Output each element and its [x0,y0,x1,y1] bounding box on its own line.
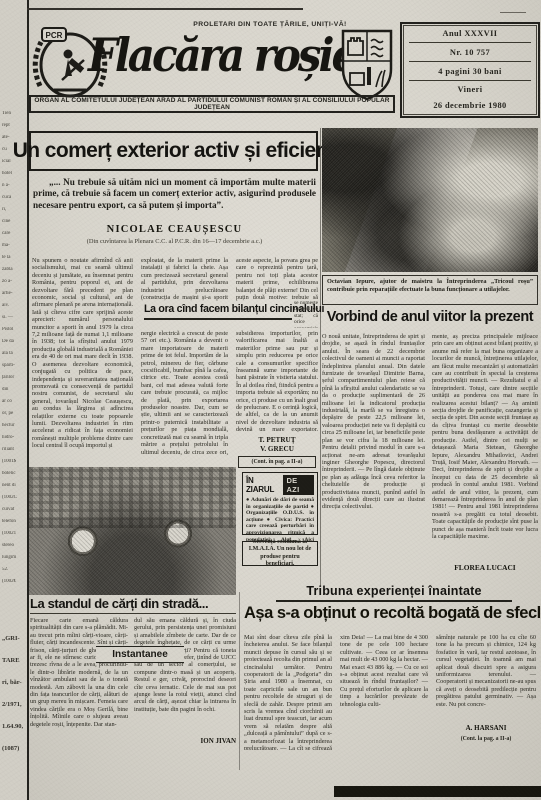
lead-signatures: T. PETRUȚ V. GRECU [236,436,318,454]
lead-column-1: Nu spunem o noutate afirmînd că anii soc… [32,257,133,457]
lead-column-3-side: se numește bugetul de stat; că orice eco… [294,300,318,328]
lead-column-2-top: exploatat, de la materii prime la instal… [141,257,228,301]
issue-number: Nr. 10 757 [409,43,531,62]
lead-continuation: (Cont. în pag. a II-a) [238,456,316,468]
top-rule [27,8,303,10]
scan-edge-bar [334,786,541,797]
lead-quote-author: NICOLAE CEAUȘESCU [33,224,316,235]
corner-mark [500,12,526,13]
margin-fragments-bottom: „GRI-TAREri, băr-2/1971,1.64.90,(1087) [2,628,25,760]
machinery-photo [29,467,236,595]
books-inset-label: Instantanee [96,646,184,663]
right-article-signature: FLOREA LUCACI [432,563,538,572]
in-todays-paper-box: ÎN ZIARUL DE AZI ● Adunări de dări de se… [242,472,318,535]
emblem-label: PCR [46,31,63,40]
lead-signature-1: T. PETRUȚ [236,436,318,445]
workshop-photo [322,128,538,272]
issue-pages-price: 4 pagini 30 bani [409,62,531,81]
newspaper-page: Tienreptate-cuicialhoteln a-cucări,cînec… [0,0,541,800]
lead-quote-source: (Din cuvîntarea la Plenara C.C. al P.C.R… [63,238,286,246]
beet-article-column-1: Mai sînt doar cîteva zile pînă la închei… [244,634,332,750]
beet-article-headline: Așa s-a obținut o recoltă bogată de sfec… [244,604,538,623]
beet-article-kicker: Tribuna experienței înaintate [276,584,512,602]
organ-line: ORGAN AL COMITETULUI JUDEȚEAN ARAD AL PA… [29,95,395,113]
briefs-title-row: ÎN ZIARUL DE AZI [246,475,314,495]
right-article-column-2: mente, aș preciza principalele mijloace … [432,333,538,559]
briefs-title-badge: DE AZI [283,475,314,495]
lead-column-3-top: aceste aspecte, la povara grea pe care o… [236,257,318,301]
column-rule-bottom [239,592,240,770]
beet-article-signature: A. HARSANI [436,724,536,732]
newspaper-title: Flacăra roșie [88,30,355,82]
right-article-headline: Vorbind de anul viitor la prezent [322,309,538,325]
photo-caption: Octavian Iepure, ajutor de maistru la În… [322,275,538,305]
briefs-title: ÎN ZIARUL [246,476,281,494]
beet-article-continuation: (Cont. la pag. a II-a) [436,736,536,742]
lead-column-2-bottom: nergie electrică a crescut de peste 57 o… [141,330,228,456]
issue-info-box: Anul XXXVII Nr. 10 757 4 pagini 30 bani … [400,22,540,118]
lead-subhead: La ora cînd facem bilanțul cincinalului [144,303,292,320]
issue-date: 26 decembrie 1980 [409,97,531,113]
briefs-items: ● Adunări de dări de seamă în organizați… [246,497,314,541]
beet-article-column-3: sămînțe naturale pe 100 ha cu cîte 60 to… [436,634,536,720]
daily-sequence-box: Secvență cotidiană la I.M.A.I.A. Un nou … [242,541,318,566]
issue-year: Anul XXXVII [409,24,531,43]
margin-fragments-top: Tienreptate-cuicialhoteln a-cucări,cînec… [2,108,25,588]
books-article-column-1: Fiecare carte emană căldura spiritualită… [30,617,128,757]
books-article-column-2: dul său emana căldură și, în ciuda gerul… [134,617,236,733]
adjacent-page-strip: Tienreptate-cuicialhoteln a-cucări,cînec… [0,0,29,800]
right-article-column-1: O nouă unitate, Întreprinderea de spirt … [322,333,425,565]
lead-headline: Un comerț exterior activ și eficient [29,131,318,171]
issue-day: Vineri [409,81,531,97]
column-rule-main [320,128,321,586]
beet-article-column-2: xim Deia! — La mai bine de 4 300 tone de… [340,634,428,750]
books-article-signature: ION JIVAN [150,737,236,745]
lead-quote: „... Nu trebuie să uităm nici un moment … [33,177,316,211]
lead-column-3-bottom: subsidierea importurilor, prin valorific… [236,330,318,432]
lead-signature-2: V. GRECU [236,445,318,454]
books-article-headline: La standul de cărți din stradă... [30,596,236,614]
